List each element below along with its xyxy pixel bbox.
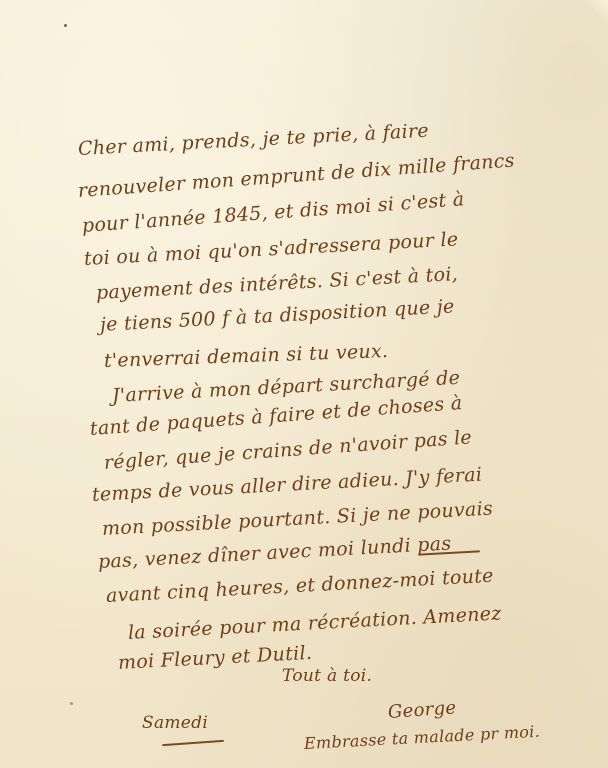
letter-signature: George <box>387 697 457 723</box>
letter-date-note: Samedi <box>142 713 208 733</box>
letter-line: pas, venez dîner avec moi lundi pas <box>97 532 451 572</box>
paper-speck <box>64 24 67 27</box>
letter-page: Cher ami, prends, je te prie, à faire re… <box>0 0 608 768</box>
letter-closing: Tout à toi. <box>282 666 372 686</box>
letter-line: la soirée pour ma récréation. Amenez <box>127 602 502 644</box>
letter-line: avant cinq heures, et donnez-moi toute <box>105 565 494 607</box>
date-underline <box>162 740 224 746</box>
page-corner-fold <box>586 0 608 26</box>
letter-line: Cher ami, prends, je te prie, à faire <box>77 120 429 160</box>
paper-speck <box>70 702 73 705</box>
letter-postscript: Embrasse ta malade pr moi. <box>304 722 541 753</box>
letter-line: toi ou à moi qu'on s'adressera pour le <box>83 228 458 270</box>
letter-line: t'enverrai demain si tu veux. <box>104 340 389 372</box>
letter-line: je tiens 500 f à ta disposition que je <box>99 295 455 336</box>
